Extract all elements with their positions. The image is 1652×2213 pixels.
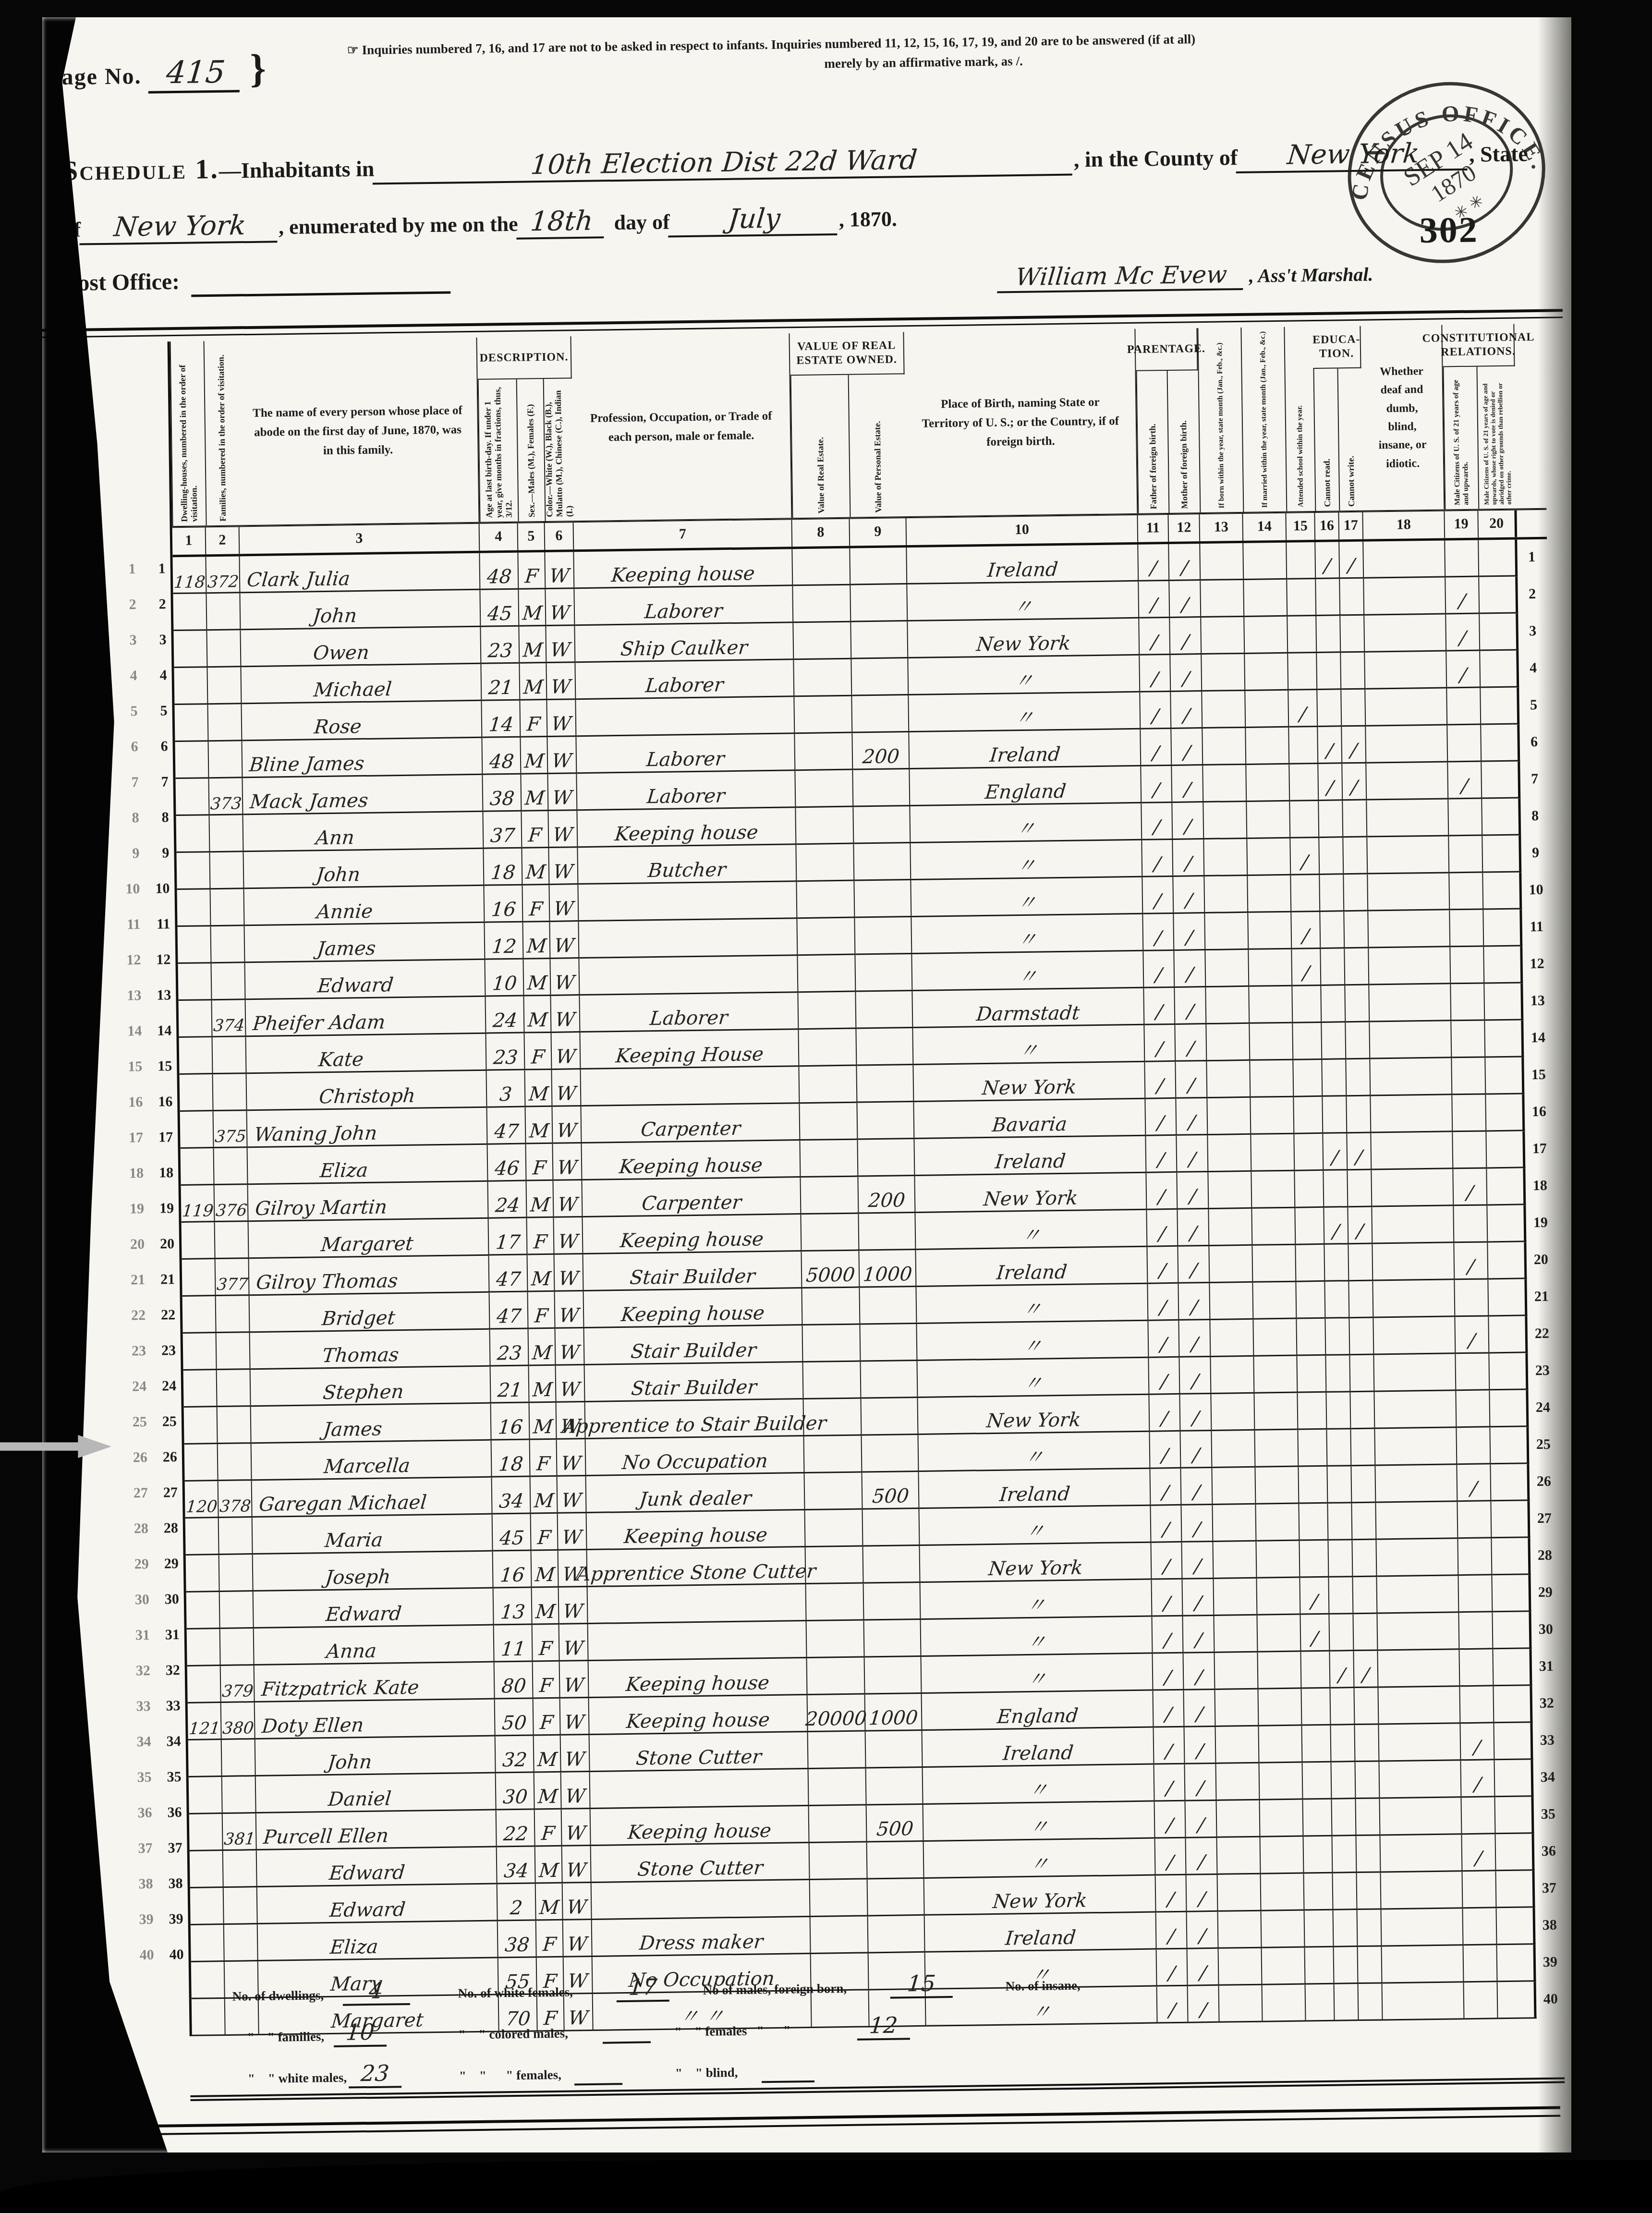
row-21-born-month [1210, 1283, 1253, 1320]
row-33-person-name-text: John [327, 1752, 373, 1774]
row-34-cannot-write-mark [1355, 1762, 1380, 1799]
margin-row-number-30: 30 [120, 1582, 149, 1618]
row-25-age-text: 18 [498, 1455, 524, 1476]
row-6-color: W [547, 737, 577, 774]
row-27-color-text: W [561, 1528, 583, 1549]
col-header-personal-estate-text: Value of Personal Estate. [872, 421, 883, 513]
row-19-color-text: W [558, 1232, 579, 1253]
row-2-sex-text: M [522, 604, 543, 625]
row-17-father-foreign-mark-text: / [1157, 1150, 1166, 1171]
row-2-born-month [1201, 580, 1244, 618]
margin-row-number-1: 1 [136, 551, 166, 587]
row-3-married-month [1244, 617, 1288, 654]
row-16-cannot-write-mark [1347, 1096, 1371, 1134]
row-19-citizen-denied-mark [1487, 1205, 1526, 1242]
row-4-sex: M [520, 663, 547, 701]
row-35-real-estate-value [809, 1805, 867, 1843]
row-25-attended-school-mark [1298, 1430, 1327, 1467]
row-23-occupation: Stair Builder [585, 1362, 804, 1402]
row-18-person-name: Gilroy Martin [248, 1182, 489, 1222]
row-15-father-foreign-mark-text: / [1156, 1076, 1165, 1097]
row-30-real-estate-value [807, 1620, 865, 1658]
row-3-family-number [207, 630, 241, 668]
row-1-attended-school-mark [1287, 542, 1316, 580]
row-11-citizen-denied-mark [1483, 909, 1522, 947]
row-32-person-name-text: Doty Ellen [261, 1715, 364, 1738]
row-26-dwelling-number: 120 [185, 1481, 219, 1519]
col-number-11: 11 [1138, 515, 1169, 542]
row-30-married-month [1257, 1615, 1301, 1653]
row-21-occupation-text: Keeping house [620, 1303, 765, 1326]
row-10-mother-foreign-mark-text: / [1185, 891, 1193, 912]
footer-value-0-1-text: 17 [628, 1974, 658, 2000]
col-header-male-citizen-denied: Male Citizens of U. S. of 21 years of ag… [1476, 366, 1517, 509]
row-37-mother-foreign-mark-text: / [1198, 1889, 1206, 1910]
footer-label-2-2: " " blind, [675, 2065, 738, 2081]
row-10-person-name: Annie [244, 886, 485, 926]
row-20-citizen-denied-mark [1488, 1242, 1527, 1279]
row-31-cannot-read-mark: / [1330, 1651, 1354, 1689]
row-5-age: 14 [482, 701, 521, 738]
row-24-sex: M [530, 1403, 557, 1440]
row-14-color: W [551, 1033, 581, 1070]
row-4-occupation-text: Laborer [645, 675, 725, 697]
row-30-occupation [588, 1621, 807, 1661]
row-14-attended-school-mark [1293, 1023, 1322, 1060]
row-38-person-name: Eliza [258, 1921, 498, 1962]
row-13-family-number: 374 [212, 1000, 246, 1037]
row-29-family-number [220, 1592, 254, 1629]
row-28-mother-foreign-mark: / [1182, 1542, 1214, 1580]
schedule-text: —Inhabitants in [219, 156, 375, 183]
row-6-occupation-text: Laborer [646, 749, 726, 771]
row-28-person-name-text: Joseph [324, 1567, 391, 1589]
margin-row-number-27: 27 [148, 1475, 178, 1511]
row-27-person-name-text: Maria [324, 1531, 384, 1553]
row-15-father-foreign-mark: / [1145, 1062, 1176, 1099]
row-9-deaf-dumb-note [1367, 836, 1449, 874]
margin-row-number-20: 20 [146, 1226, 175, 1262]
row-13-citizen-mark [1451, 984, 1485, 1021]
row-1-family-number-text: 372 [206, 573, 239, 592]
row-35-birthplace: 〃 [923, 1802, 1155, 1842]
row-30-personal-estate-value [864, 1620, 922, 1658]
row-9-attended-school-mark: / [1290, 838, 1320, 875]
row-5-person-name-text: Rose [313, 717, 362, 739]
row-17-age-text: 46 [494, 1159, 520, 1180]
row-38-mother-foreign-mark: / [1187, 1912, 1219, 1949]
row-34-citizen-mark: / [1461, 1760, 1495, 1798]
day-of-label: day of [614, 210, 670, 235]
row-29-color-text: W [562, 1602, 584, 1623]
row-32-cannot-read-mark [1330, 1688, 1355, 1726]
row-16-cannot-read-mark [1323, 1096, 1347, 1134]
row-38-mother-foreign-mark-text: / [1198, 1926, 1207, 1947]
margin-row-number-1: 1 [107, 551, 136, 587]
row-14-cannot-write-mark [1346, 1022, 1370, 1060]
row-30-sex: F [533, 1625, 560, 1662]
row-28-family-number [219, 1555, 254, 1592]
row-19-age-text: 17 [495, 1233, 521, 1254]
margin-row-number-2: 2 [107, 587, 136, 623]
row-15-age-text: 3 [498, 1085, 512, 1106]
group-header-description: DESCRIPTION. [477, 336, 571, 380]
row-17-person-name-text: Eliza [319, 1161, 369, 1182]
col-number-13: 13 [1200, 514, 1243, 541]
row-26-occupation: Junk dealer [586, 1473, 805, 1513]
row-12-citizen-mark [1450, 947, 1484, 984]
row-8-born-month [1203, 802, 1247, 839]
row-18-real-estate-value [801, 1177, 859, 1215]
col-header-mother-foreign: Mother of foreign birth. [1167, 370, 1200, 513]
row-3-birthplace-text: New York [975, 634, 1071, 657]
row-22-sex-text: M [531, 1343, 553, 1365]
row-34-person-name: Daniel [256, 1774, 497, 1814]
row-35-age-text: 22 [502, 1824, 529, 1846]
row-34-mother-foreign-mark-text: / [1196, 1778, 1205, 1800]
row-27-occupation-text: Keeping house [623, 1525, 768, 1548]
row-13-real-estate-value [798, 992, 856, 1030]
row-3-person-name-text: Owen [312, 643, 370, 665]
row-25-occupation-text: No Occupation [621, 1451, 768, 1474]
row-37-person-name-text: Edward [328, 1900, 406, 1922]
row-16-age-text: 47 [493, 1122, 520, 1143]
row-36-person-name: Edward [257, 1848, 498, 1888]
row-13-family-number-text: 374 [212, 1017, 245, 1036]
row-12-mother-foreign-mark: / [1174, 950, 1206, 988]
row-27-married-month [1256, 1504, 1300, 1542]
col-header-age: Age at last birth-day. If under 1 year, … [478, 379, 518, 522]
row-23-cannot-read-mark [1326, 1355, 1350, 1393]
row-38-citizen-mark [1463, 1908, 1497, 1945]
row-26-attended-school-mark [1299, 1467, 1328, 1504]
row-38-occupation: Dress maker [592, 1917, 811, 1957]
row-33-father-foreign-mark: / [1154, 1727, 1185, 1765]
row-20-person-name: Gilroy Thomas [249, 1256, 490, 1296]
row-12-attended-school-mark-text: / [1302, 963, 1311, 985]
row-33-age-text: 32 [501, 1751, 528, 1772]
row-18-dwelling-number-text: 119 [181, 1203, 214, 1221]
row-11-birthplace: 〃 [911, 914, 1143, 954]
row-25-color-text: W [560, 1454, 582, 1475]
row-14-married-month [1250, 1023, 1293, 1061]
row-35-father-foreign-mark-text: / [1166, 1816, 1174, 1837]
row-29-cannot-read-mark [1329, 1577, 1353, 1615]
row-1-dwelling-number: 118 [172, 557, 206, 594]
row-35-dwelling-number [189, 1814, 223, 1851]
row-11-cannot-write-mark [1344, 912, 1369, 949]
row-24-occupation-text: Apprentice to Stair Builder [561, 1413, 827, 1438]
row-5-mother-foreign-mark-text: / [1182, 706, 1191, 727]
row-34-citizen-denied-mark [1494, 1760, 1533, 1797]
row-17-cannot-read-mark-text: / [1331, 1148, 1339, 1169]
row-34-birthplace-text: 〃 [1028, 1780, 1049, 1802]
col-header-personal-estate: Value of Personal Estate. [848, 374, 907, 517]
margin-row-number-23: 23 [147, 1333, 176, 1369]
row-22-cannot-write-mark [1349, 1318, 1374, 1356]
row-38-cannot-read-mark [1334, 1910, 1358, 1947]
row-38-father-foreign-mark-text: / [1167, 1927, 1176, 1948]
census-table: Dwelling-houses, numbered in the order o… [168, 324, 1567, 2036]
margin-row-number-21: 21 [146, 1262, 175, 1298]
row-3-citizen-mark-text: / [1458, 629, 1467, 650]
row-2-father-foreign-mark-text: / [1150, 596, 1158, 617]
row-7-sex-text: M [524, 789, 546, 810]
row-10-citizen-mark [1449, 873, 1483, 910]
row-5-dwelling-number [174, 705, 208, 742]
row-34-person-name-text: Daniel [327, 1789, 392, 1811]
row-32-born-month [1215, 1690, 1259, 1727]
row-33-age: 32 [496, 1736, 534, 1773]
col-number-12-text: 12 [1177, 519, 1191, 535]
margin-row-number-22: 22 [146, 1297, 176, 1333]
row-36-age: 34 [497, 1847, 536, 1884]
row-20-father-foreign-mark: / [1147, 1247, 1178, 1284]
row-11-mother-foreign-mark: / [1174, 913, 1205, 951]
footer-value-1-2-text: 12 [868, 2012, 899, 2039]
row-18-citizen-denied-mark [1487, 1168, 1526, 1205]
row-20-personal-estate-value: 1000 [859, 1250, 916, 1288]
row-16-sex: M [525, 1107, 553, 1144]
row-10-color-text: W [553, 899, 575, 921]
row-20-sex-text: M [530, 1269, 552, 1291]
row-19-age: 17 [489, 1218, 528, 1256]
row-38-birthplace: Ireland [925, 1913, 1157, 1953]
row-12-birthplace-text: 〃 [1017, 967, 1038, 989]
row-22-birthplace: 〃 [917, 1321, 1149, 1361]
margin-row-number-3: 3 [108, 622, 137, 658]
row-3-cannot-write-mark [1340, 616, 1365, 653]
row-25-citizen-denied-mark [1490, 1427, 1529, 1464]
margin-row-number-36: 36 [123, 1795, 152, 1831]
row-11-citizen-mark [1450, 910, 1484, 947]
page-no-value: 415 [148, 54, 243, 94]
row-7-cannot-read-mark-text: / [1326, 778, 1335, 799]
enumerated-label: , enumerated by me on the [279, 212, 518, 240]
row-1-deaf-dumb-note [1363, 540, 1445, 578]
row-28-mother-foreign-mark-text: / [1193, 1556, 1202, 1578]
row-22-person-name-text: Thomas [321, 1345, 400, 1367]
row-5-birthplace: 〃 [909, 693, 1141, 732]
row-37-father-foreign-mark: / [1156, 1875, 1187, 1913]
row-7-personal-estate-value [853, 769, 910, 807]
row-8-father-foreign-mark-text: / [1153, 817, 1161, 839]
row-18-age-text: 24 [494, 1196, 521, 1217]
row-9-dwelling-number [176, 852, 210, 890]
row-34-married-month [1259, 1763, 1303, 1800]
row-29-citizen-mark [1458, 1575, 1493, 1613]
row-5-mother-foreign-mark: / [1171, 692, 1203, 729]
row-3-real-estate-value [793, 622, 851, 660]
row-9-birthplace: 〃 [911, 840, 1142, 880]
row-33-occupation: Stone Cutter [590, 1732, 809, 1772]
col-header-color-text: Color.—White (W.), Black (B.), Mulatto (… [543, 382, 575, 517]
row-7-father-foreign-mark: / [1141, 766, 1172, 803]
row-11-color-text: W [554, 936, 575, 958]
row-5-citizen-denied-mark [1481, 687, 1519, 725]
margin-row-number-2: 2 [137, 586, 166, 622]
row-28-occupation: Apprentice Stone Cutter [587, 1547, 806, 1587]
margin-row-number-18: 18 [145, 1155, 174, 1191]
row-20-age: 47 [489, 1255, 528, 1293]
margin-row-number-33: 33 [121, 1689, 151, 1725]
row-37-dwelling-number [190, 1888, 224, 1925]
col-header-mother-foreign-text: Mother of foreign birth. [1178, 420, 1190, 509]
row-27-attended-school-mark [1299, 1504, 1328, 1541]
row-9-father-foreign-mark-text: / [1153, 854, 1162, 875]
row-32-personal-estate-value: 1000 [865, 1694, 923, 1732]
row-34-dwelling-number [189, 1777, 223, 1814]
row-17-occupation-text: Keeping house [618, 1155, 763, 1179]
row-38-person-name-text: Eliza [329, 1937, 379, 1959]
col-number-17-text: 17 [1344, 517, 1358, 533]
row-6-deaf-dumb-note [1366, 725, 1448, 763]
row-4-citizen-mark: / [1446, 651, 1481, 689]
row-28-deaf-dumb-note [1376, 1539, 1458, 1577]
row-25-mother-foreign-mark-text: / [1192, 1446, 1201, 1467]
row-11-father-foreign-mark-text: / [1154, 928, 1163, 949]
row-2-attended-school-mark [1287, 579, 1316, 617]
footer-value-0-0: 4 [342, 1977, 410, 2006]
row-13-father-foreign-mark: / [1144, 988, 1175, 1025]
row-32-color: W [560, 1698, 590, 1736]
row-25-age: 18 [492, 1440, 531, 1478]
row-35-family-number-text: 381 [223, 1831, 255, 1849]
row-20-attended-school-mark [1296, 1245, 1325, 1282]
row-17-sex-text: F [532, 1158, 547, 1179]
row-10-sex: F [522, 885, 550, 923]
row-8-dwelling-number [176, 815, 210, 853]
col-header-attended-school: Attended school within the year. [1284, 327, 1315, 511]
row-11-deaf-dumb-note [1368, 910, 1450, 948]
schedule-label: Schedule 1. [62, 153, 219, 187]
col-number-20: 20 [1478, 510, 1517, 537]
row-35-born-month [1217, 1800, 1261, 1838]
row-26-age-text: 34 [498, 1492, 524, 1513]
row-30-age-text: 11 [500, 1640, 526, 1661]
margin-row-number-17: 17 [144, 1119, 173, 1155]
row-1-color-text: W [548, 566, 570, 588]
row-25-cannot-read-mark [1327, 1429, 1351, 1467]
row-26-mother-foreign-mark: / [1181, 1468, 1213, 1506]
row-19-cannot-write-mark: / [1348, 1207, 1373, 1245]
col-header-father-foreign-text: Father of foreign birth. [1148, 424, 1159, 510]
row-36-attended-school-mark [1304, 1836, 1333, 1874]
row-25-deaf-dumb-note [1375, 1428, 1457, 1466]
row-23-father-foreign-mark-text: / [1160, 1372, 1168, 1393]
row-28-birthplace: New York [920, 1543, 1152, 1583]
row-34-birthplace: 〃 [923, 1765, 1155, 1805]
row-5-sex-text: F [526, 715, 541, 736]
row-37-birthplace: New York [924, 1876, 1156, 1916]
row-33-cannot-read-mark [1331, 1725, 1355, 1763]
row-32-mother-foreign-mark: / [1184, 1690, 1215, 1727]
sheet-content: Page No. 415 } ☞ Inquiries numbered 7, 1… [42, 17, 1571, 2152]
row-3-father-foreign-mark-text: / [1150, 632, 1159, 654]
row-30-person-name: Anna [254, 1626, 495, 1666]
margin-row-number-11: 11 [141, 906, 170, 942]
row-23-color-text: W [559, 1380, 581, 1401]
row-11-born-month [1205, 913, 1249, 950]
row-10-birthplace: 〃 [911, 877, 1143, 917]
row-4-birthplace: 〃 [908, 656, 1140, 695]
row-3-occupation: Ship Caulker [575, 623, 794, 663]
row-2-citizen-denied-mark [1479, 576, 1518, 614]
row-23-sex-text: M [532, 1380, 553, 1402]
row-12-personal-estate-value [855, 954, 912, 992]
row-10-age: 16 [484, 886, 523, 923]
row-1-father-foreign-mark-text: / [1149, 559, 1158, 580]
row-4-father-foreign-mark: / [1140, 655, 1171, 693]
margin-row-number-28: 28 [149, 1510, 178, 1546]
row-23-occupation-text: Stair Builder [630, 1377, 757, 1400]
row-31-occupation: Keeping house [589, 1658, 808, 1698]
row-24-citizen-denied-mark [1490, 1390, 1529, 1427]
row-21-birthplace: 〃 [916, 1284, 1148, 1324]
col-number-1-text: 1 [185, 533, 192, 548]
row-11-attended-school-mark: / [1291, 912, 1321, 949]
row-6-color-text: W [551, 751, 572, 773]
row-31-personal-estate-value [865, 1657, 922, 1695]
row-15-citizen-denied-mark [1485, 1057, 1524, 1094]
row-21-color: W [555, 1291, 584, 1329]
row-2-citizen-mark-text: / [1458, 592, 1467, 613]
row-4-father-foreign-mark-text: / [1151, 669, 1159, 691]
row-4-real-estate-value [794, 659, 852, 697]
row-27-citizen-denied-mark [1491, 1501, 1530, 1538]
row-29-attended-school-mark-text: / [1310, 1592, 1319, 1613]
row-4-cannot-read-mark [1317, 653, 1341, 690]
group-header-constitutional: CONSTITUTIONAL RELATIONS. [1442, 324, 1515, 367]
row-23-dwelling-number [183, 1370, 218, 1408]
row-21-father-foreign-mark-text: / [1159, 1298, 1167, 1319]
row-24-family-number [218, 1407, 252, 1444]
row-37-married-month [1261, 1874, 1305, 1911]
row-32-married-month [1258, 1689, 1302, 1727]
row-18-sex-text: M [529, 1195, 551, 1217]
group-header-description-text: DESCRIPTION. [480, 350, 569, 365]
row-28-dwelling-number [186, 1555, 220, 1593]
row-5-father-foreign-mark: / [1140, 692, 1171, 730]
row-15-cannot-write-mark [1346, 1059, 1371, 1097]
row-34-citizen-mark-text: / [1473, 1775, 1482, 1796]
row-20-born-month [1209, 1246, 1253, 1283]
row-23-age-text: 21 [497, 1381, 523, 1402]
row-6-cannot-read-mark: / [1318, 727, 1342, 764]
row-14-age: 23 [486, 1034, 525, 1071]
col-number-10: 10 [906, 515, 1138, 545]
row-8-mother-foreign-mark-text: / [1184, 817, 1192, 838]
footer-value-2-2 [761, 2055, 814, 2083]
row-21-family-number [216, 1296, 250, 1333]
row-28-person-name: Joseph [253, 1552, 494, 1592]
row-27-sex: F [531, 1514, 559, 1551]
row-9-person-name-text: John [315, 865, 361, 887]
col-header-name-text: The name of every person whose place of … [250, 401, 465, 462]
row-12-cannot-read-mark [1321, 948, 1345, 986]
row-4-person-name: Michael [241, 664, 482, 705]
col-number-13-text: 13 [1214, 519, 1228, 535]
row-22-mother-foreign-mark-text: / [1190, 1335, 1199, 1356]
row-29-person-name: Edward [254, 1589, 494, 1629]
row-22-sex: M [529, 1329, 556, 1366]
row-16-mother-foreign-mark-text: / [1188, 1113, 1196, 1134]
row-7-color: W [548, 774, 577, 811]
row-28-occupation-text: Apprentice Stone Cutter [576, 1562, 816, 1586]
row-33-real-estate-value [808, 1731, 866, 1769]
footer-value-1-1-text [622, 2016, 632, 2042]
row-9-real-estate-value [796, 844, 854, 882]
